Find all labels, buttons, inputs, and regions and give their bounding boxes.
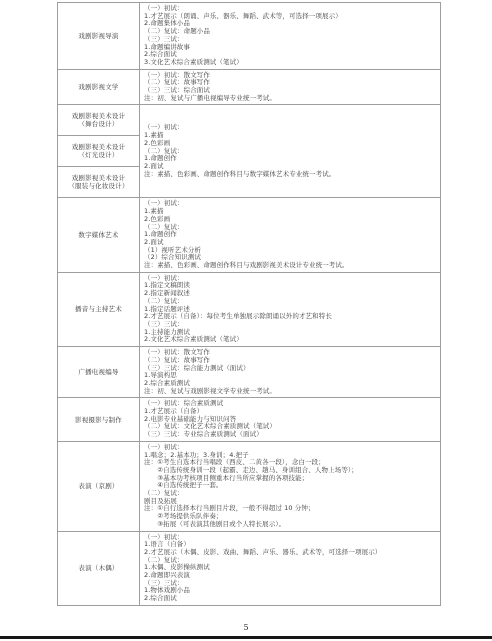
- major-column: 影视摄影与制作: [58, 398, 140, 441]
- major-label: 戏剧影视文学: [78, 83, 118, 91]
- content-cell: （一）初试：1.才艺展示（朗诵、声乐、器乐、舞蹈、武术等，可选择一项展示）2.命…: [140, 3, 440, 69]
- major-label: 戏剧影视导演: [78, 32, 118, 40]
- content-line: 注：初、复试与戏剧影视文学专业统一考试。: [144, 388, 437, 396]
- content-line: 2.综合面试: [144, 595, 437, 603]
- content-line: 3.文化艺术综合素质测试（笔试）: [144, 59, 437, 67]
- content-cell: （一）初试：1.语言（自备）2.才艺展示（木偶、皮影、戏曲、舞蹈、声乐、器乐、武…: [140, 532, 440, 605]
- content-line: （二）复试：: [144, 490, 437, 498]
- content-line: （二）复试：: [144, 224, 437, 232]
- bottom-border-line: [0, 636, 492, 639]
- content-line: ③拓展（可表演其他剧目或个人特长展示）。: [144, 521, 437, 529]
- major-label: 数字媒体艺术: [78, 231, 118, 239]
- content-line: 2.色彩画: [144, 140, 437, 148]
- major-cell: 戏剧影视文学: [58, 70, 139, 105]
- table-row: 戏剧影视导演（一）初试：1.才艺展示（朗诵、声乐、器乐、舞蹈、武术等，可选择一项…: [58, 3, 440, 70]
- page-number: 5: [0, 623, 492, 633]
- content-line: 1.命题编讲故事: [144, 44, 437, 52]
- major-column: 戏剧影视美术设计（舞台设计）戏剧影视美术设计（灯光设计）戏剧影视美术设计（服装与…: [58, 105, 140, 197]
- content-line: 2.色彩画: [144, 216, 437, 224]
- major-label: （服装与化妆设计）: [68, 182, 128, 190]
- content-line: 2.指定新闻叙述: [144, 290, 437, 298]
- table-row: 表演（京剧）（一）初试：1.唱念；2.基本功；3.身训；4.把子注：①考生自选本…: [58, 442, 440, 532]
- major-label: 影视摄影与制作: [75, 416, 122, 424]
- major-column: 广播电视编导: [58, 347, 140, 397]
- major-cell: 数字媒体艺术: [58, 198, 139, 271]
- table-row: 播音与主持艺术（一）初试：1.指定文稿朗读2.指定新闻叙述（二）复试：1.指定话…: [58, 273, 440, 347]
- content-line: 注：素描、色彩画、命题创作科目与戏剧影视美术设计专业统一考试。: [144, 262, 437, 270]
- content-line: （三）三试：专业综合素质测试（面试）: [144, 431, 437, 439]
- content-line: 注：初、复试与广播电视编导专业统一考试。: [144, 95, 437, 103]
- major-column: 戏剧影视导演: [58, 3, 140, 69]
- content-line: 注：素描、色彩画、命题创作科目与数字媒体艺术专业统一考试。: [144, 171, 437, 179]
- major-label: 广播电视编导: [78, 368, 118, 376]
- major-cell: 播音与主持艺术: [58, 273, 139, 346]
- content-cell: （一）初试：1.素描2.色彩画（二）复试：1.命题创作2.面试（1）视听艺术分析…: [140, 198, 440, 271]
- major-column: 戏剧影视文学: [58, 70, 140, 105]
- content-line: （二）复试：命题小品: [144, 28, 437, 36]
- major-cell: 戏剧影视美术设计（服装与化妆设计）: [58, 167, 139, 197]
- content-line: 2.文化艺术综合素质测试（笔试）: [144, 336, 437, 344]
- table-row: 广播电视编导（一）初试：散文写作（二）复试：故事写作（三）三试：综合能力测试（面…: [58, 347, 440, 398]
- content-line: （一）初试：: [144, 124, 437, 132]
- major-label: 表演（京剧）: [78, 482, 118, 490]
- major-cell: 广播电视编导: [58, 347, 139, 397]
- content-line: 1.命题创作: [144, 231, 437, 239]
- major-cell: 影视摄影与制作: [58, 398, 139, 441]
- content-line: 2.命题即兴表演: [144, 572, 437, 580]
- major-cell: 表演（木偶）: [58, 532, 139, 605]
- content-line: 1.素描: [144, 208, 437, 216]
- major-cell: 表演（京剧）: [58, 442, 139, 531]
- major-label: （灯光设计）: [78, 151, 118, 159]
- content-line: （三）三试：综合能力测试（面试）: [144, 365, 437, 373]
- table-row: 戏剧影视文学（一）初试：散文写作（二）复试：故事写作（三）三试：综合面试注：初、…: [58, 70, 440, 106]
- major-cell: 戏剧影视导演: [58, 3, 139, 69]
- major-label: 表演（木偶）: [78, 564, 118, 572]
- content-cell: （一）初试：综合素质测试1.才艺展示（自备）2.电影专业基础能力与知识问答（二）…: [140, 398, 440, 441]
- major-column: 表演（京剧）: [58, 442, 140, 531]
- content-line: 1.命题创作: [144, 155, 437, 163]
- major-column: 表演（木偶）: [58, 532, 140, 605]
- content-cell: （一）初试：1.唱念；2.基本功；3.身训；4.把子注：①考生自选本行当唱段（西…: [140, 442, 440, 531]
- content-line: ④自选传统把子一套。: [144, 482, 437, 490]
- table-row: 数字媒体艺术（一）初试：1.素描2.色彩画（二）复试：1.命题创作2.面试（1）…: [58, 198, 440, 272]
- major-column: 播音与主持艺术: [58, 273, 140, 346]
- content-line: 1.素描: [144, 132, 437, 140]
- table-row: 戏剧影视美术设计（舞台设计）戏剧影视美术设计（灯光设计）戏剧影视美术设计（服装与…: [58, 105, 440, 198]
- content-line: （一）初试：: [144, 200, 437, 208]
- content-line: （二）复试：: [144, 148, 437, 156]
- major-label: 播音与主持艺术: [75, 305, 122, 313]
- content-line: 2.才艺展示（木偶、皮影、戏曲、舞蹈、声乐、器乐、武术等，可选择一项展示）: [144, 549, 437, 557]
- table-row: 影视摄影与制作（一）初试：综合素质测试1.才艺展示（自备）2.电影专业基础能力与…: [58, 398, 440, 442]
- major-label: （舞台设计）: [78, 120, 118, 128]
- major-cell: 戏剧影视美术设计（灯光设计）: [58, 136, 139, 167]
- table-row: 表演（木偶）（一）初试：1.语言（自备）2.才艺展示（木偶、皮影、戏曲、舞蹈、声…: [58, 532, 440, 605]
- content-line: 1.物体戏剧小品: [144, 587, 437, 595]
- content-cell: （一）初试：散文写作（二）复试：故事写作（三）三试：综合面试注：初、复试与广播电…: [140, 70, 440, 105]
- content-line: 2.才艺展示（自备）：每位考生单独展示除朗诵以外的才艺和特长: [144, 313, 437, 321]
- content-cell: （一）初试：散文写作（二）复试：故事写作（三）三试：综合能力测试（面试）1.导演…: [140, 347, 440, 397]
- major-column: 数字媒体艺术: [58, 198, 140, 271]
- major-cell: 戏剧影视美术设计（舞台设计）: [58, 105, 139, 136]
- exam-subjects-table: 戏剧影视导演（一）初试：1.才艺展示（朗诵、声乐、器乐、舞蹈、武术等，可选择一项…: [57, 2, 441, 606]
- content-cell: （一）初试：1.素描2.色彩画（二）复试：1.命题创作2.面试注：素描、色彩画、…: [140, 105, 440, 197]
- content-cell: （一）初试：1.指定文稿朗读2.指定新闻叙述（二）复试：1.指定话题评述2.才艺…: [140, 273, 440, 346]
- document-page: 戏剧影视导演（一）初试：1.才艺展示（朗诵、声乐、器乐、舞蹈、武术等，可选择一项…: [0, 0, 492, 641]
